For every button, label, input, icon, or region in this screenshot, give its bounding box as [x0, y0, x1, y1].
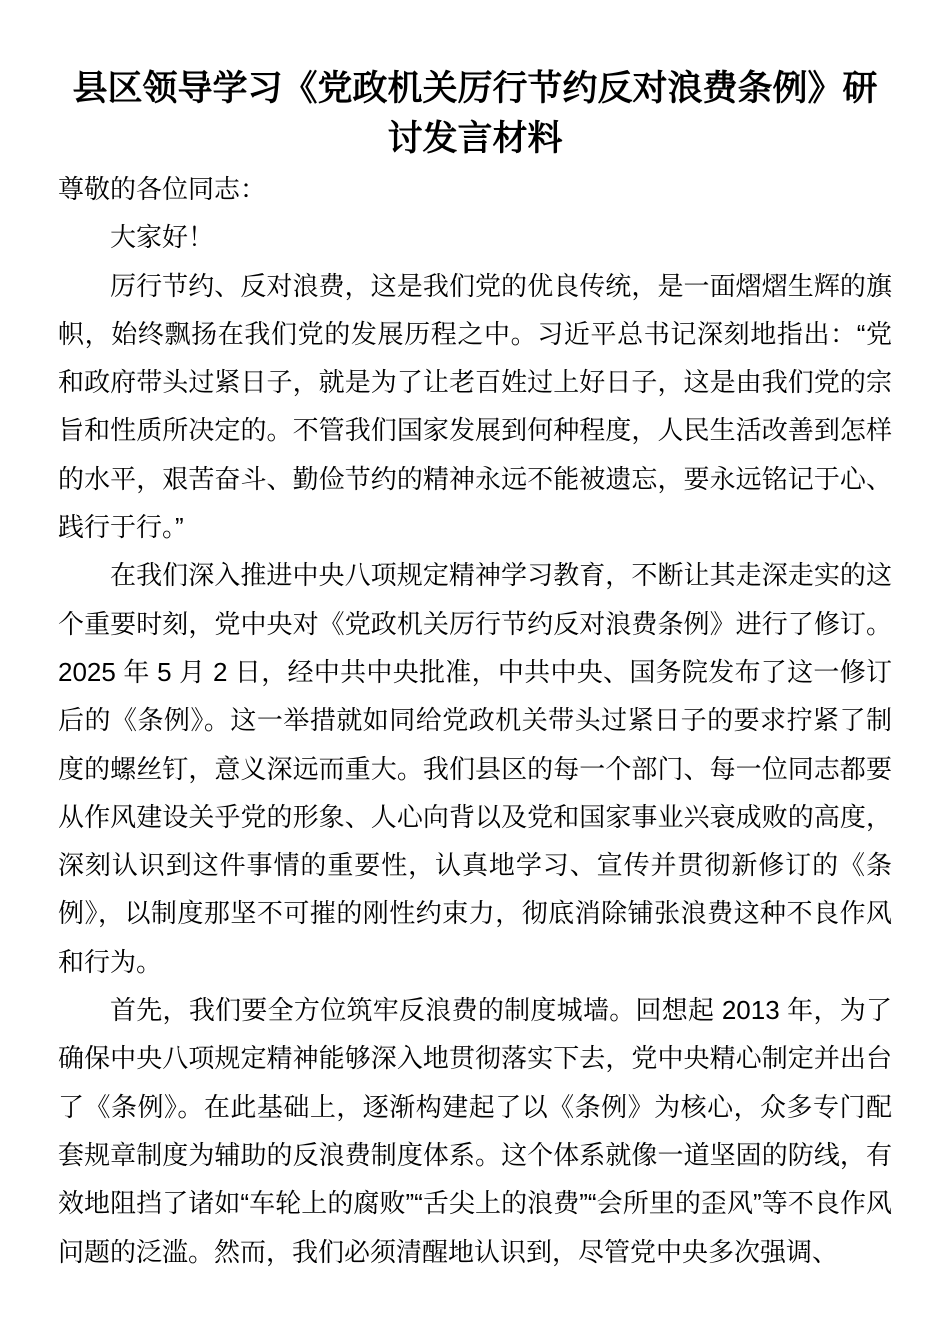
document-page: 县区领导学习《党政机关厉行节约反对浪费条例》研讨发言材料 尊敬的各位同志：大家好… — [0, 0, 950, 1344]
paragraph: 厉行节约、反对浪费，这是我们党的优良传统，是一面熠熠生辉的旗帜，始终飘扬在我们党… — [58, 262, 892, 552]
paragraph: 在我们深入推进中央八项规定精神学习教育，不断让其走深走实的这个重要时刻，党中央对… — [58, 551, 892, 986]
paragraph: 首先，我们要全方位筑牢反浪费的制度城墙。回想起 2013 年，为了确保中央八项规… — [58, 986, 892, 1276]
document-body: 尊敬的各位同志：大家好！厉行节约、反对浪费，这是我们党的优良传统，是一面熠熠生辉… — [58, 165, 892, 1276]
paragraph: 尊敬的各位同志： — [58, 165, 892, 213]
document-title: 县区领导学习《党政机关厉行节约反对浪费条例》研讨发言材料 — [68, 64, 882, 164]
paragraph: 大家好！ — [58, 213, 892, 261]
